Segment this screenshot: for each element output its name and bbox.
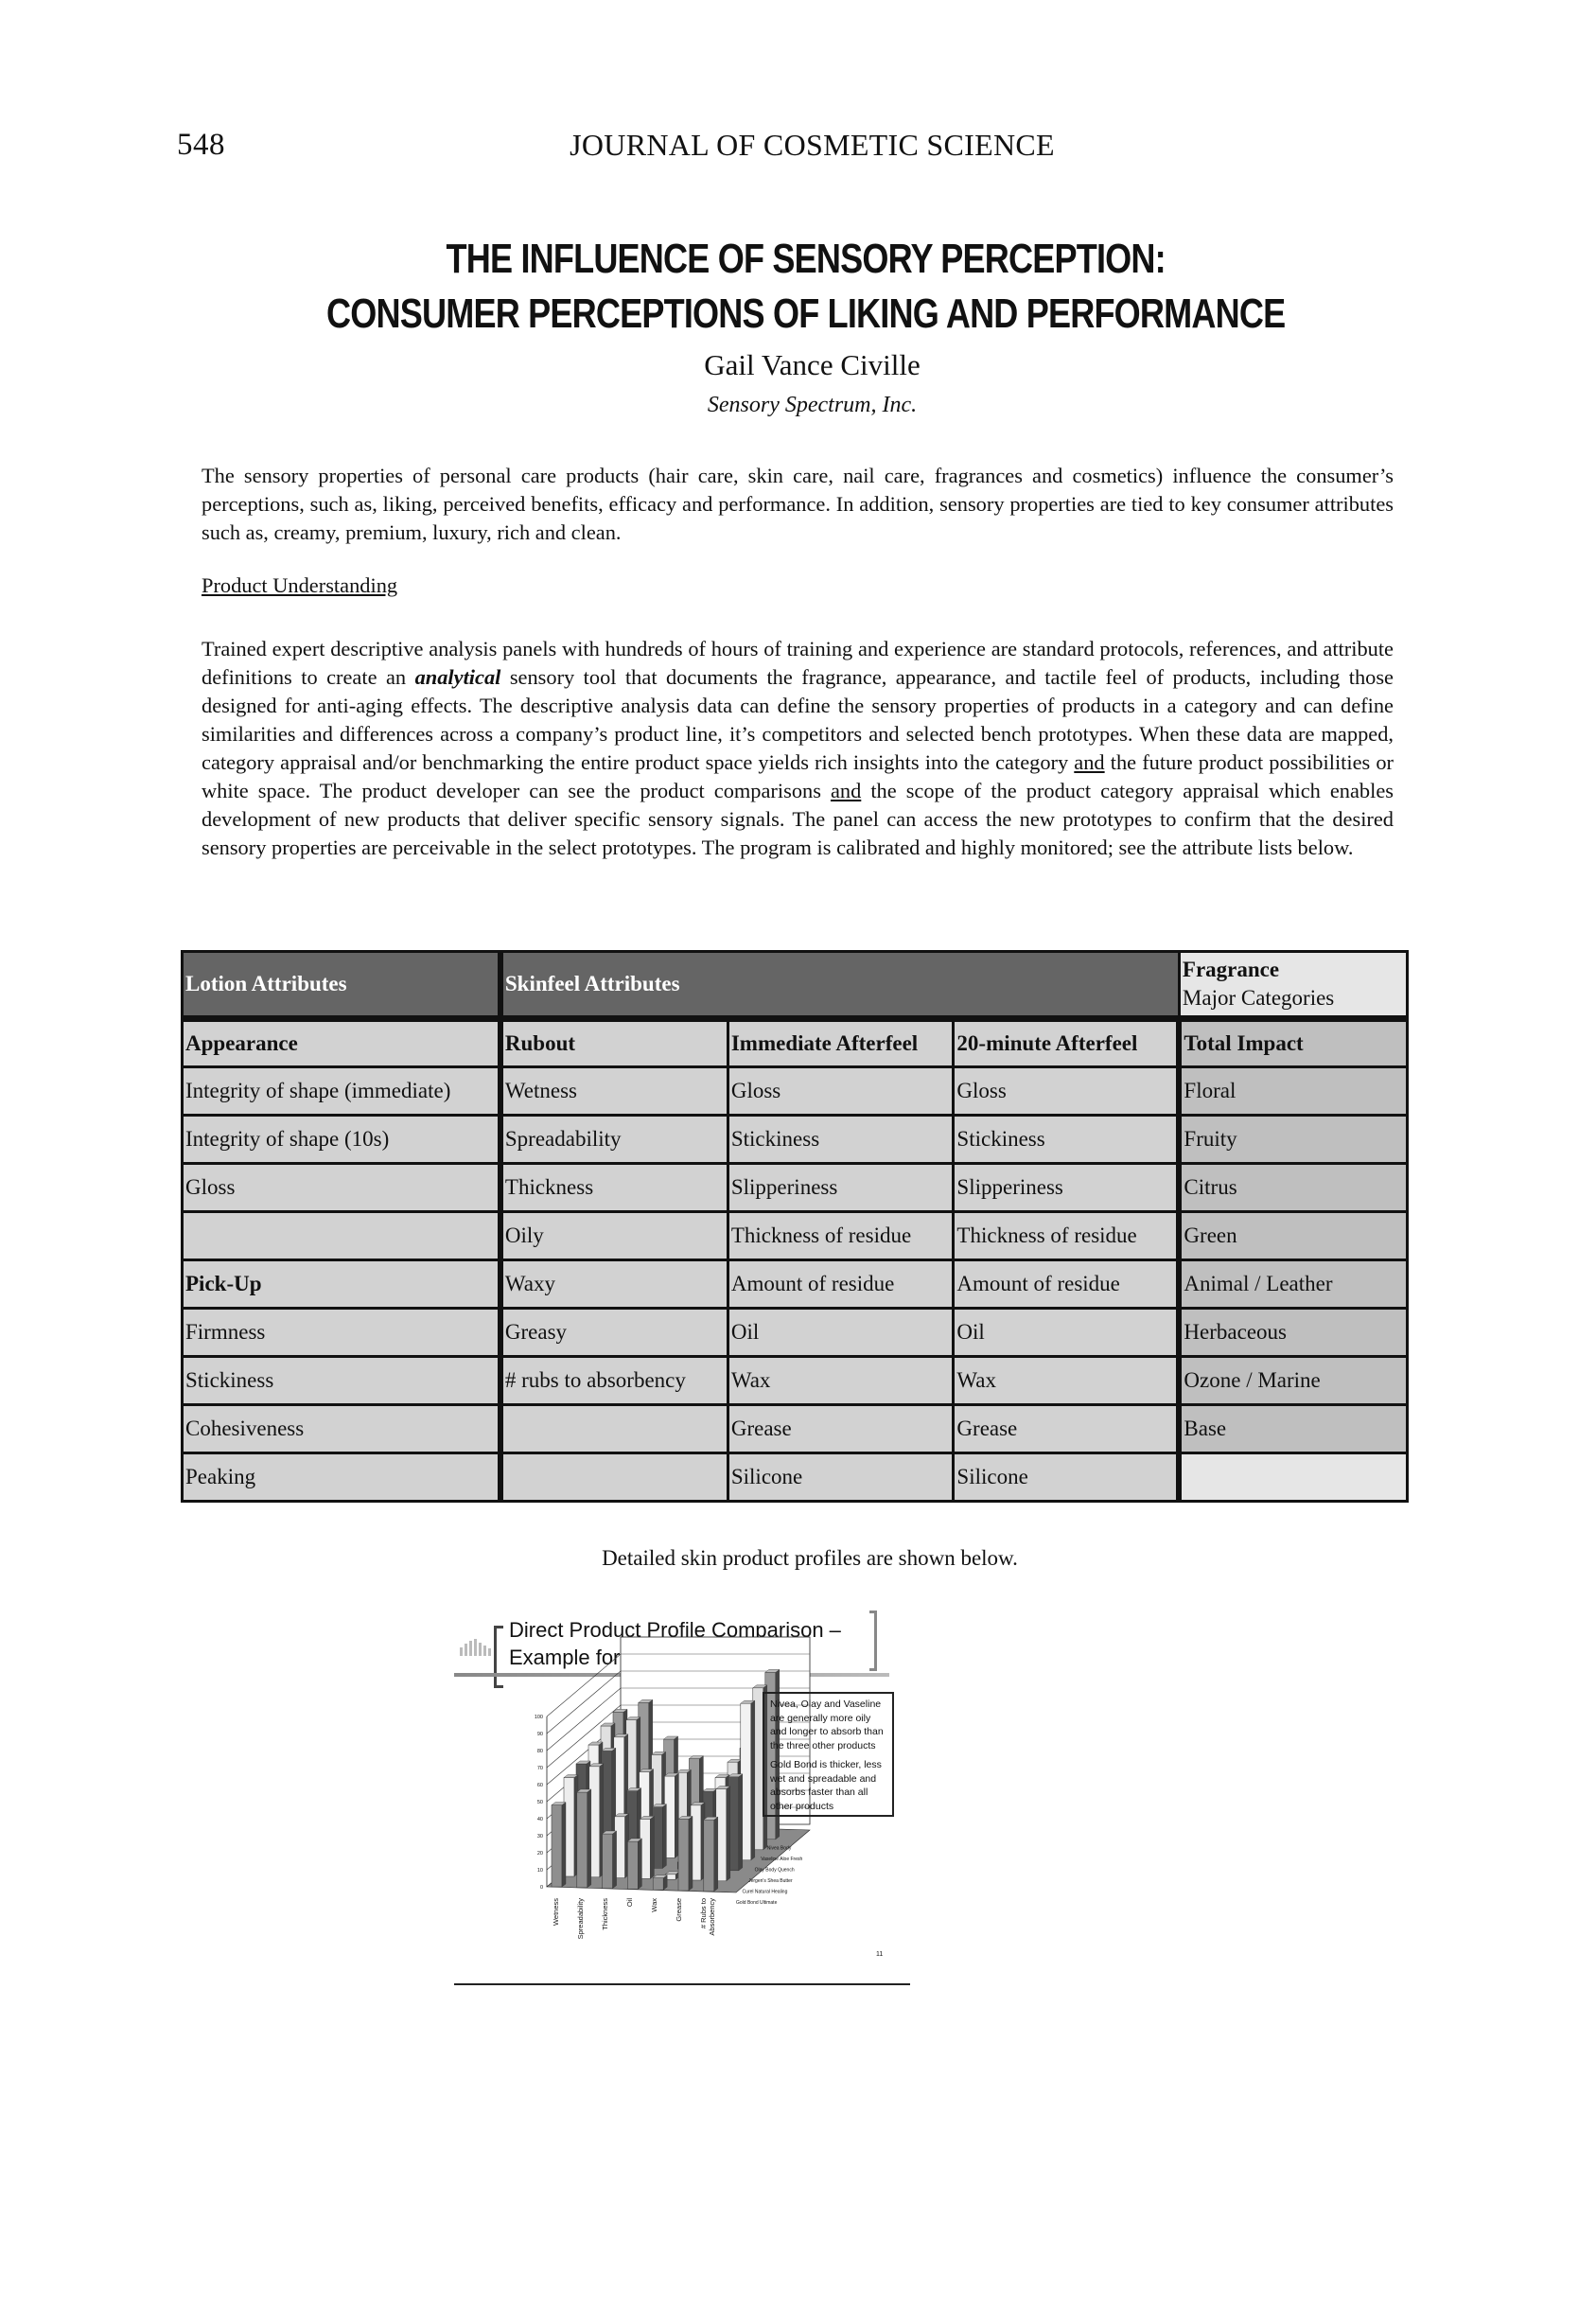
svg-text:90: 90 (537, 1732, 543, 1737)
svg-text:0: 0 (540, 1885, 543, 1891)
underlined-and: and (831, 779, 861, 802)
immediate-afterfeel-cell: Thickness of residue (728, 1212, 954, 1260)
svg-text:Oil: Oil (625, 1898, 634, 1908)
table-row: FirmnessGreasyOilOilHerbaceous (183, 1309, 1408, 1357)
lotion-cell: Pick-Up (183, 1260, 500, 1309)
header-skinfeel-attributes: Skinfeel Attributes (500, 952, 1180, 1019)
author-name: Gail Vance Civille (0, 348, 1596, 382)
immediate-afterfeel-cell: Stickiness (728, 1116, 954, 1164)
lotion-cell (183, 1212, 500, 1260)
immediate-afterfeel-cell: Slipperiness (728, 1164, 954, 1212)
section-heading: Product Understanding (202, 573, 397, 598)
lotion-cell: Integrity of shape (10s) (183, 1116, 500, 1164)
immediate-afterfeel-cell: Oil (728, 1309, 954, 1357)
immediate-afterfeel-cell: Silicone (728, 1453, 954, 1502)
fragrance-cell: Base (1179, 1405, 1407, 1453)
twenty-minute-afterfeel-cell: Gloss (954, 1067, 1180, 1116)
twenty-minute-afterfeel-cell: Grease (954, 1405, 1180, 1453)
immediate-afterfeel-cell: Wax (728, 1357, 954, 1405)
fragrance-cell: Floral (1179, 1067, 1407, 1116)
lotion-cell: Firmness (183, 1309, 500, 1357)
twenty-minute-afterfeel-cell: Thickness of residue (954, 1212, 1180, 1260)
svg-text:Nivea Body: Nivea Body (767, 1846, 792, 1852)
lotion-cell: Peaking (183, 1453, 500, 1502)
rubout-cell (500, 1453, 728, 1502)
svg-text:Jergen's Shea Butter: Jergen's Shea Butter (748, 1878, 793, 1884)
svg-text:Thickness: Thickness (601, 1898, 609, 1930)
twenty-minute-afterfeel-cell: Stickiness (954, 1116, 1180, 1164)
product-profile-figure: Direct Product Profile Comparison – Exam… (445, 1609, 1031, 2006)
rubout-cell: Greasy (500, 1309, 728, 1357)
note-paragraph-2: Gold Bond is thicker, less wet and sprea… (770, 1758, 886, 1813)
svg-text:40: 40 (537, 1817, 543, 1822)
slide-number: 11 (876, 1951, 883, 1958)
header-lotion-attributes: Lotion Attributes (183, 952, 500, 1019)
svg-text:Gold Bond Ultimate: Gold Bond Ultimate (736, 1900, 778, 1906)
header-fragrance: Fragrance Major Categories (1179, 952, 1407, 1019)
rubout-cell: # rubs to absorbency (500, 1357, 728, 1405)
lotion-cell: Cohesiveness (183, 1405, 500, 1453)
header-fragrance-subtitle: Major Categories (1183, 984, 1404, 1012)
immediate-afterfeel-cell: Gloss (728, 1067, 954, 1116)
underlined-and: and (1074, 750, 1104, 774)
header-fragrance-title: Fragrance (1183, 956, 1404, 984)
svg-text:Olay Body Quench: Olay Body Quench (755, 1868, 795, 1874)
article-title-line-2: CONSUMER PERCEPTIONS OF LIKING AND PERFO… (159, 287, 1452, 342)
twenty-minute-afterfeel-cell: Oil (954, 1309, 1180, 1357)
rubout-cell: Rubout (500, 1019, 728, 1067)
twenty-minute-afterfeel-cell: 20-minute Afterfeel (954, 1019, 1180, 1067)
note-paragraph-1: Nivea, Olay and Vaseline are generally m… (770, 1698, 886, 1752)
lotion-cell: Gloss (183, 1164, 500, 1212)
rubout-cell: Thickness (500, 1164, 728, 1212)
twenty-minute-afterfeel-cell: Wax (954, 1357, 1180, 1405)
journal-title: JOURNAL OF COSMETIC SCIENCE (0, 128, 1596, 163)
table-row: PeakingSiliconeSilicone (183, 1453, 1408, 1502)
svg-text:Absorbency: Absorbency (708, 1898, 716, 1936)
lotion-cell: Integrity of shape (immediate) (183, 1067, 500, 1116)
table-header-row: Lotion Attributes Skinfeel Attributes Fr… (183, 952, 1408, 1019)
table-row: OilyThickness of residueThickness of res… (183, 1212, 1408, 1260)
svg-text:60: 60 (537, 1783, 543, 1788)
rubout-cell: Spreadability (500, 1116, 728, 1164)
svg-text:30: 30 (537, 1834, 543, 1840)
3d-bar-chart: 0102030405060708090100Nivea BodyVaseline… (445, 1609, 1031, 2006)
svg-text:# Rubs to: # Rubs to (699, 1898, 708, 1928)
svg-text:Vaseline Aloe Fresh: Vaseline Aloe Fresh (761, 1857, 802, 1862)
twenty-minute-afterfeel-cell: Silicone (954, 1453, 1180, 1502)
svg-text:20: 20 (537, 1851, 543, 1857)
svg-text:80: 80 (537, 1749, 543, 1754)
running-head: 548 JOURNAL OF COSMETIC SCIENCE (0, 128, 1596, 175)
figure-intro-caption: Detailed skin product profiles are shown… (0, 1546, 1596, 1571)
fragrance-cell: Total Impact (1179, 1019, 1407, 1067)
intro-paragraph: The sensory properties of personal care … (202, 462, 1394, 547)
svg-text:Spreadability: Spreadability (576, 1898, 585, 1940)
table-row: CohesivenessGreaseGreaseBase (183, 1405, 1408, 1453)
svg-text:70: 70 (537, 1766, 543, 1771)
fragrance-cell (1179, 1453, 1407, 1502)
table-row: GlossThicknessSlipperinessSlipperinessCi… (183, 1164, 1408, 1212)
svg-text:50: 50 (537, 1800, 543, 1805)
table-row: Integrity of shape (immediate)WetnessGlo… (183, 1067, 1408, 1116)
svg-text:Wax: Wax (650, 1898, 658, 1912)
fragrance-cell: Animal / Leather (1179, 1260, 1407, 1309)
fragrance-cell: Herbaceous (1179, 1309, 1407, 1357)
rubout-cell: Wetness (500, 1067, 728, 1116)
immediate-afterfeel-cell: Amount of residue (728, 1260, 954, 1309)
rubout-cell: Waxy (500, 1260, 728, 1309)
figure-bottom-rule (454, 1983, 910, 1985)
twenty-minute-afterfeel-cell: Slipperiness (954, 1164, 1180, 1212)
fragrance-cell: Fruity (1179, 1116, 1407, 1164)
author-affiliation: Sensory Spectrum, Inc. (0, 393, 1596, 418)
article-title-line-1: THE INFLUENCE OF SENSORY PERCEPTION: (159, 232, 1452, 287)
svg-text:Wetness: Wetness (552, 1898, 560, 1926)
immediate-afterfeel-cell: Immediate Afterfeel (728, 1019, 954, 1067)
table-row: Integrity of shape (10s)SpreadabilitySti… (183, 1116, 1408, 1164)
svg-text:Curel Natural Healing: Curel Natural Healing (743, 1890, 788, 1895)
immediate-afterfeel-cell: Grease (728, 1405, 954, 1453)
article-title: THE INFLUENCE OF SENSORY PERCEPTION: CON… (144, 232, 1452, 342)
table-row: Stickiness# rubs to absorbencyWaxWaxOzon… (183, 1357, 1408, 1405)
svg-text:100: 100 (535, 1715, 543, 1720)
lotion-cell: Appearance (183, 1019, 500, 1067)
rubout-cell: Oily (500, 1212, 728, 1260)
twenty-minute-afterfeel-cell: Amount of residue (954, 1260, 1180, 1309)
fragrance-cell: Green (1179, 1212, 1407, 1260)
attribute-table: Lotion Attributes Skinfeel Attributes Fr… (181, 950, 1409, 1503)
fragrance-cell: Ozone / Marine (1179, 1357, 1407, 1405)
emphasis-analytical: analytical (415, 665, 501, 689)
body-paragraph: Trained expert descriptive analysis pane… (202, 635, 1394, 862)
rubout-cell (500, 1405, 728, 1453)
table-row: AppearanceRuboutImmediate Afterfeel20-mi… (183, 1019, 1408, 1067)
table-row: Pick-UpWaxyAmount of residueAmount of re… (183, 1260, 1408, 1309)
svg-text:10: 10 (537, 1868, 543, 1874)
svg-text:Grease: Grease (675, 1898, 683, 1922)
figure-note-box: Nivea, Olay and Vaseline are generally m… (763, 1692, 894, 1817)
lotion-cell: Stickiness (183, 1357, 500, 1405)
fragrance-cell: Citrus (1179, 1164, 1407, 1212)
